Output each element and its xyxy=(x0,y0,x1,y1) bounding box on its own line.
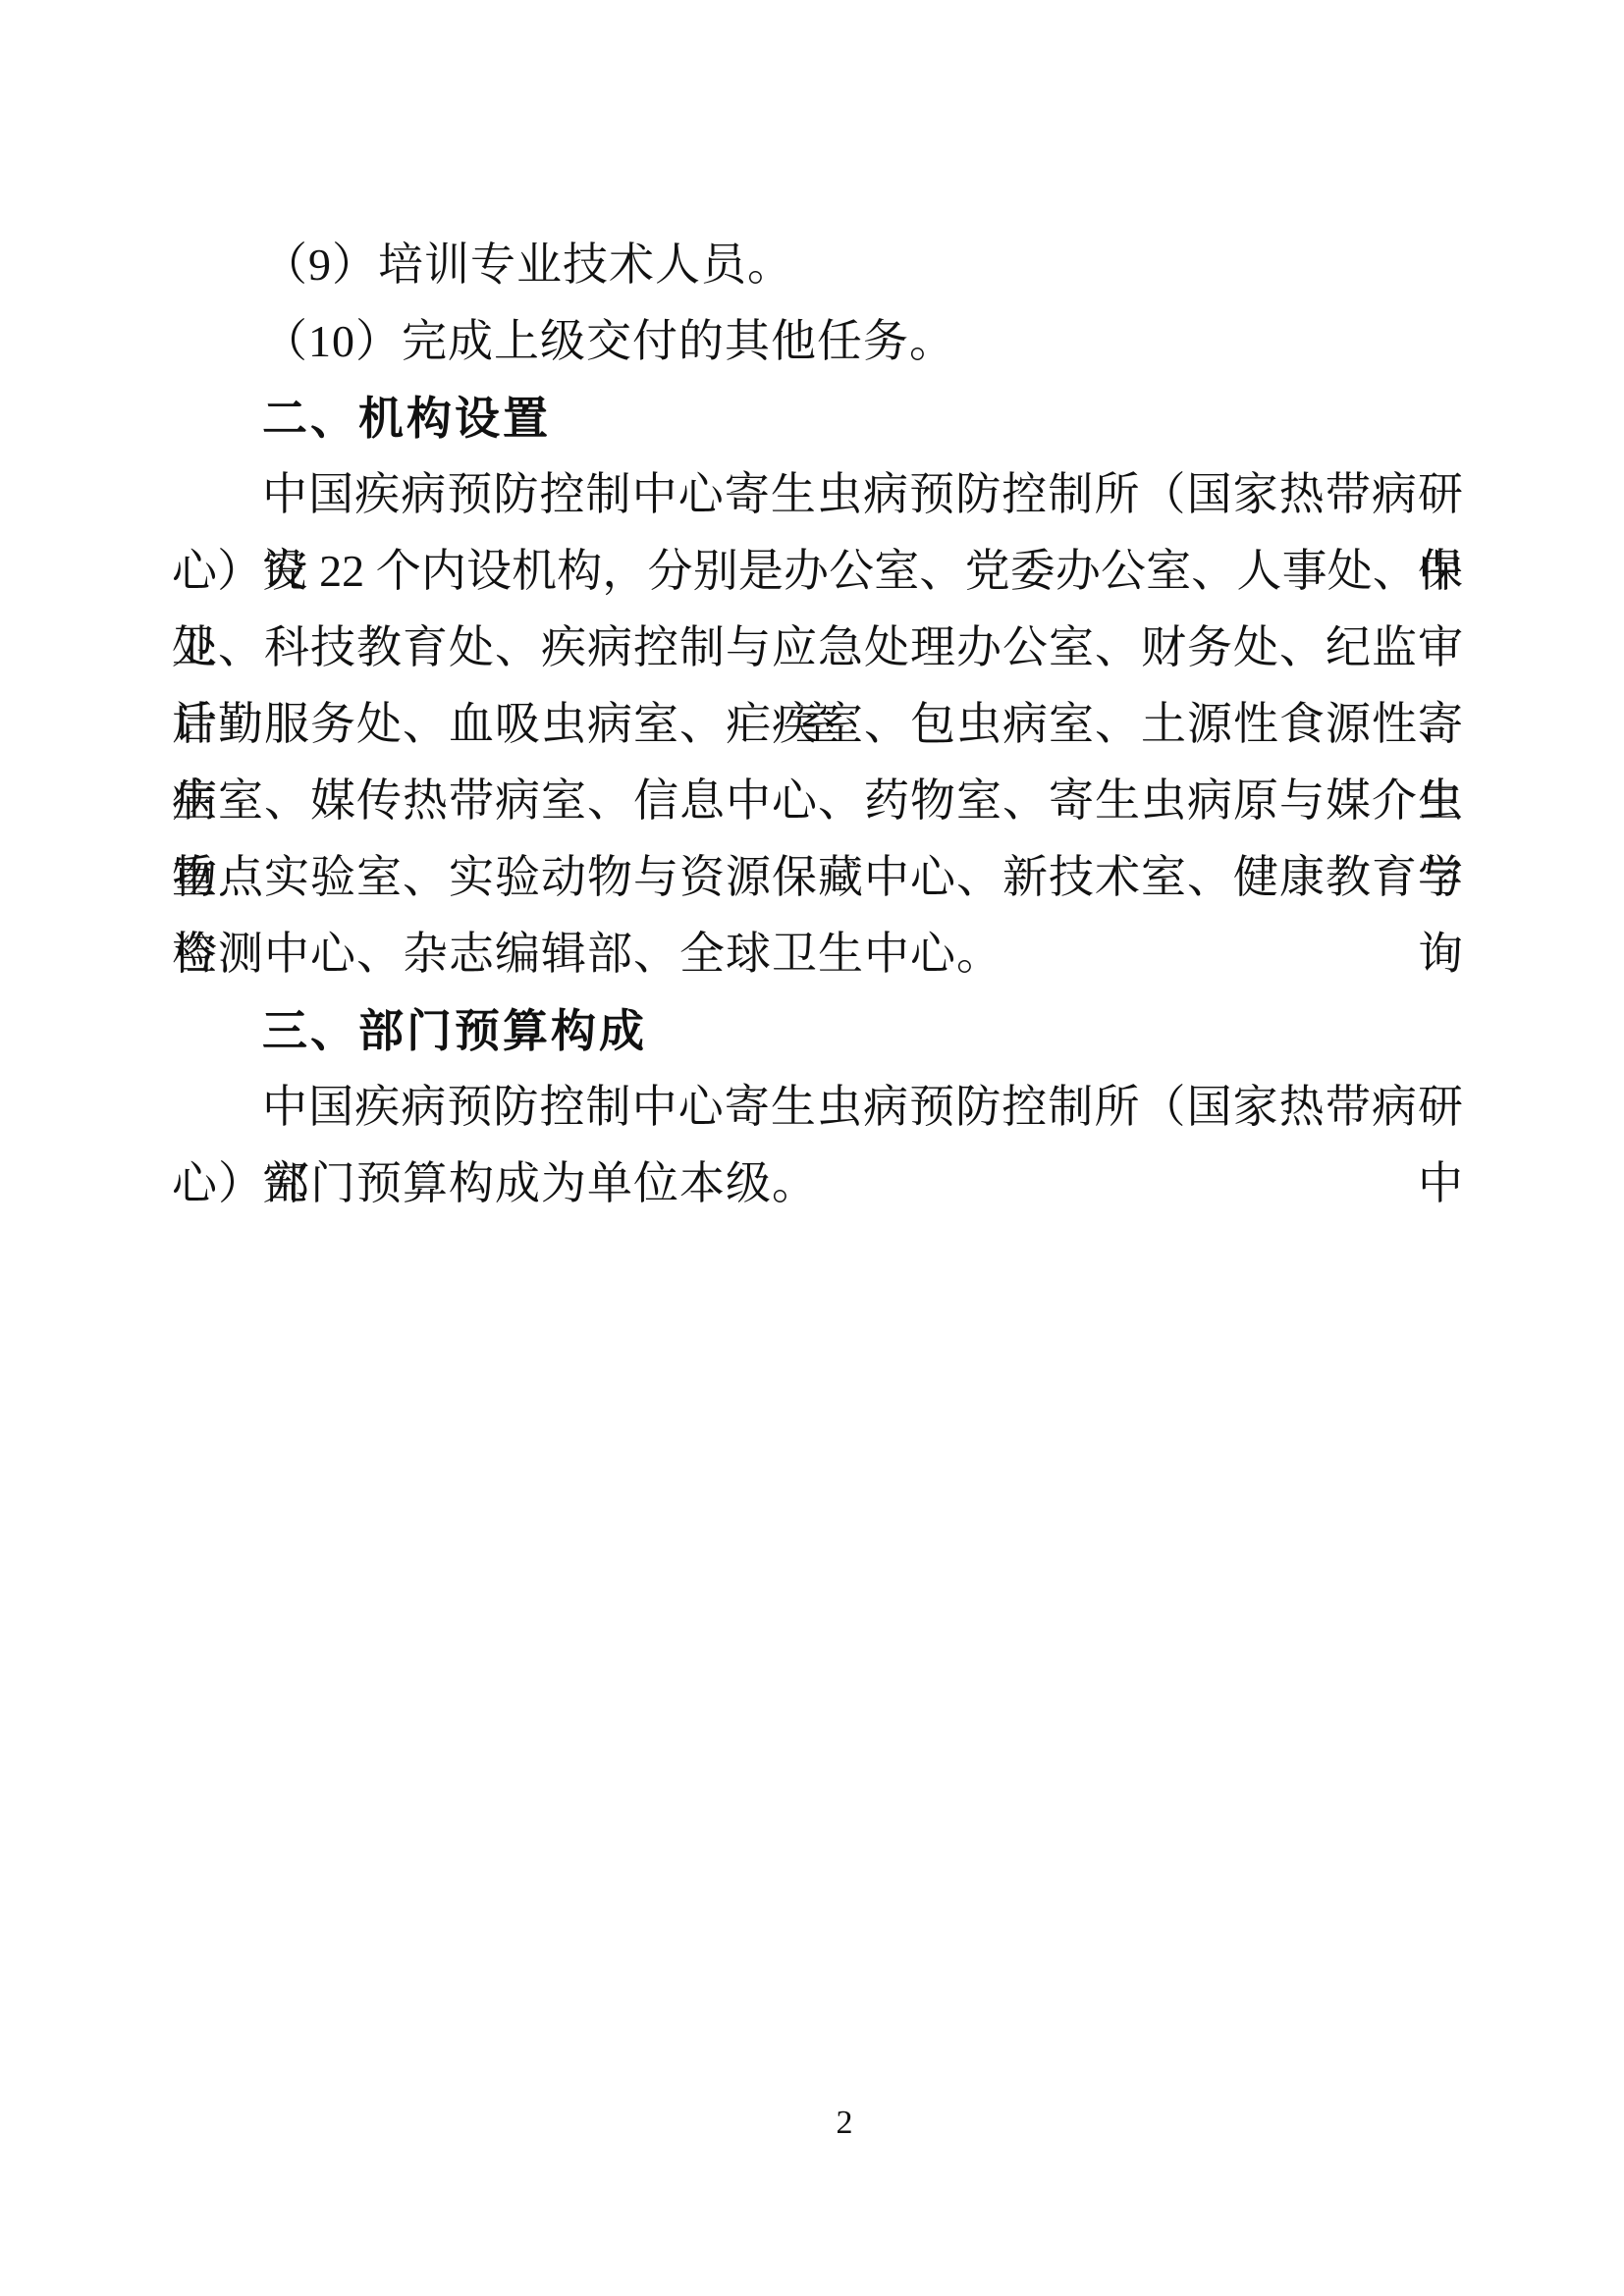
paragraph-org-line-2: 心）设 22 个内设机构，分别是办公室、党委办公室、人事处、保卫 xyxy=(172,533,1463,610)
document-body: （9）培训专业技术人员。 （10）完成上级交付的其他任务。 二、机构设置 中国疾… xyxy=(172,227,1463,1222)
paragraph-org-line-4: 后勤服务处、血吸虫病室、疟疾室、包虫病室、土源性食源性寄生虫 xyxy=(172,686,1463,763)
document-page: （9）培训专业技术人员。 （10）完成上级交付的其他任务。 二、机构设置 中国疾… xyxy=(0,0,1624,2296)
paragraph-org-line-5: 病室、媒传热带病室、信息中心、药物室、寄生虫病原与媒介生物学 xyxy=(172,763,1463,839)
numbered-item-10: （10）完成上级交付的其他任务。 xyxy=(172,303,1463,380)
section-heading-budget: 三、部门预算构成 xyxy=(172,992,1463,1069)
numbered-item-9: （9）培训专业技术人员。 xyxy=(172,227,1463,303)
paragraph-org-line-6: 重点实验室、实验动物与资源保藏中心、新技术室、健康教育与咨询 xyxy=(172,839,1463,916)
section-heading-org-setup: 二、机构设置 xyxy=(172,380,1463,456)
paragraph-org-line-1: 中国疾病预防控制中心寄生虫病预防控制所（国家热带病研究中 xyxy=(172,456,1463,533)
paragraph-budget-line-1: 中国疾病预防控制中心寄生虫病预防控制所（国家热带病研究中 xyxy=(172,1069,1463,1146)
paragraph-org-line-3: 处、科技教育处、疾病控制与应急处理办公室、财务处、纪监审计室、 xyxy=(172,610,1463,686)
page-number: 2 xyxy=(0,2099,1624,2148)
